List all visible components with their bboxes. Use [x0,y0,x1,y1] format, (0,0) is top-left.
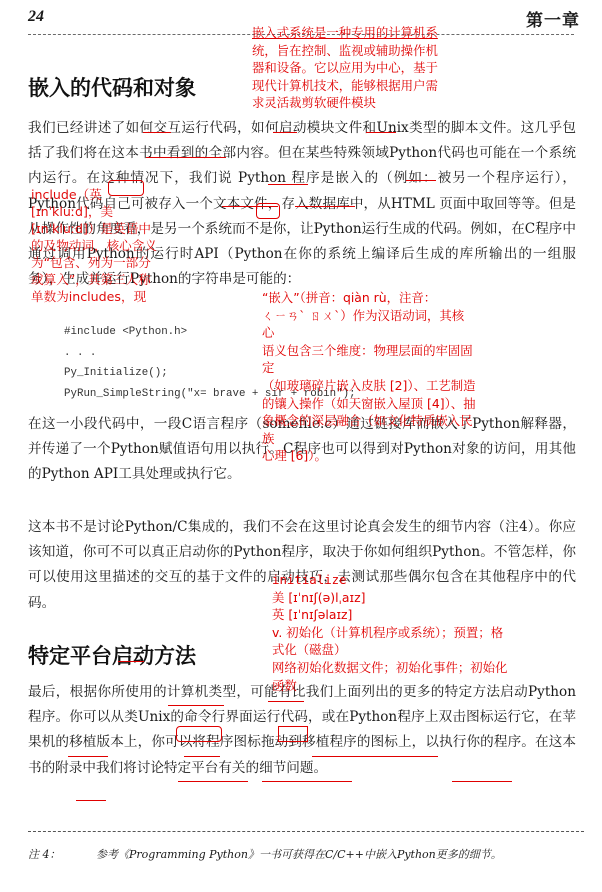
annotation-line: 器和设备。它以应用为中心，基于 [252,59,462,77]
annotation-line: [ɪnˈkluːd]）是英语中 [31,220,179,237]
annotation-line: 语义包含三个维度：物理层面的牢固固定 [262,342,476,377]
underline-mark [366,132,396,133]
page-number: 24 [28,8,44,26]
annotation-line: 或算入”，其第三人称 [31,271,179,288]
annotation-line: ㄑㄧㄢˋ ㄖㄨˋ）作为汉语动词，其核心 [262,307,476,342]
annotation-line: 为“包含、列为一部分 [31,254,179,271]
annotation-line: 的镶入操作（如天窗嵌入屋顶 [4]）、抽 [262,395,476,413]
annotation-line: 网络初始化数据文件；初始化事件；初始化 [272,659,542,677]
annotation-line: v. 初始化（计算机程序或系统）；预置；格 [272,624,542,642]
underline-mark [268,701,304,702]
section-title-embedded-code: 嵌入的代码和对象 [28,72,196,102]
underline-mark [184,756,220,757]
annotation-line: 式化（磁盘） [272,641,542,659]
underline-mark [452,781,512,782]
annotation-line: include（英 [31,186,179,203]
annotation-line: （如玻璃碎片嵌入皮肤 [2]）、工艺制造 [262,377,476,395]
annotation-embedded-system: 嵌入式系统是一种专用的计算机系 统，旨在控制、监视或辅助操作机 器和设备。它以应… [252,24,462,112]
underline-mark [146,157,226,158]
annotation-include: include（英 [ɪnˈkluːd]，美 [ɪnˈkluːd]）是英语中 的… [31,186,179,305]
underline-mark [76,800,106,801]
annotation-line: “嵌入”（拼音：qiàn rù，注音： [262,289,476,307]
annotation-line: 统，旨在控制、监视或辅助操作机 [252,42,462,60]
underline-mark [68,756,108,757]
annotation-line: 函数 [272,677,542,695]
annotation-line: 嵌入式系统是一种专用的计算机系 [252,24,462,42]
annotation-line: 英 [ɪˈnɪʃəlaɪz] [272,606,542,624]
underline-mark [273,132,297,133]
footnote-divider [28,831,584,832]
underline-mark [295,206,355,207]
annotation-line: 美 [ɪˈnɪʃ(ə)lˌaɪz] [272,589,542,607]
footnote-text: 参考《Programming Python》一书可获得在C/C++中嵌入Pyth… [96,848,502,861]
annotation-initialize: initialize 美 [ɪˈnɪʃ(ə)lˌaɪz] 英 [ɪˈnɪʃəla… [272,571,542,694]
annotation-line: 现代计算机技术，能够根据用户需 [252,77,462,95]
annotation-line: initialize [272,571,542,589]
underline-mark [268,184,308,185]
underline-mark [108,180,144,196]
underline-mark [312,756,438,757]
annotation-line: 心理 [6]）。 [262,447,476,465]
underline-mark [176,726,222,742]
chapter-title: 第一章 [526,6,580,31]
underline-mark [256,203,280,219]
annotation-line: 求灵活裁剪软硬件模块 [252,94,462,112]
underline-mark [118,661,144,662]
annotation-qianru: “嵌入”（拼音：qiàn rù，注音： ㄑㄧㄢˋ ㄖㄨˋ）作为汉语动词，其核心 … [262,289,476,465]
annotation-line: [ɪnˈkluːd]，美 [31,203,179,220]
annotation-line: 单数为includes，现 [31,288,179,305]
footnote: 注 4：参考《Programming Python》一书可获得在C/C++中嵌入… [28,846,502,862]
underline-mark [278,726,308,742]
annotation-line: 的及物动词，核心含义 [31,237,179,254]
footnote-label: 注 4： [28,846,96,862]
underline-mark [406,180,436,181]
section-title-platform-launch: 特定平台启动方法 [28,640,196,670]
underline-mark [168,705,224,706]
underline-mark [262,781,352,782]
annotation-line: 象概念的深层融合（如文化特质嵌入民族 [262,412,476,447]
underline-mark [143,132,171,133]
underline-mark [178,781,248,782]
